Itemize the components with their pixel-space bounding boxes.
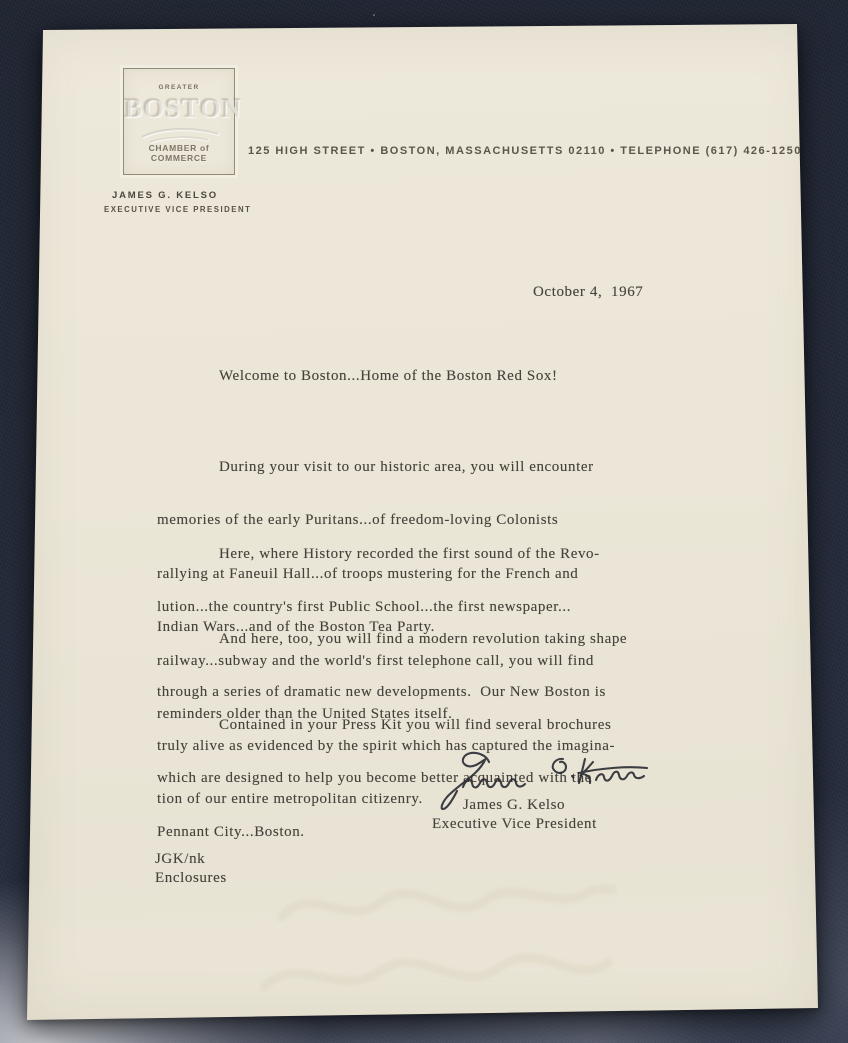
typed-line: And here, too, you will find a modern re… bbox=[157, 630, 757, 649]
letter-date: October 4, 1967 bbox=[533, 284, 643, 301]
typed-line: During your visit to our historic area, … bbox=[157, 458, 757, 477]
signed-title: Executive Vice President bbox=[432, 816, 597, 833]
logo-boston-embossed-text: BOSTON bbox=[124, 93, 234, 124]
letterhead-officer-title: EXECUTIVE VICE PRESIDENT bbox=[104, 205, 251, 214]
photo-of-letter: { "colors": { "fabric_navy": "#232938", … bbox=[0, 0, 848, 1043]
dust-speck bbox=[373, 14, 375, 16]
reference-initials: JGK/nk bbox=[155, 851, 205, 868]
typed-line: Contained in your Press Kit you will fin… bbox=[157, 716, 757, 735]
letterhead-address: 125 HIGH STREET • BOSTON, MASSACHUSETTS … bbox=[248, 145, 802, 157]
typed-line: Here, where History recorded the first s… bbox=[157, 545, 757, 564]
letter-paper: GREATER BOSTON CHAMBER of COMMERCE 125 H… bbox=[27, 24, 818, 1020]
letterhead-officer-name: JAMES G. KELSO bbox=[112, 190, 218, 201]
logo-chamber-text: CHAMBER of COMMERCE bbox=[124, 143, 234, 163]
ghost-writing bbox=[252, 869, 622, 1019]
salutation-line: Welcome to Boston...Home of the Boston R… bbox=[219, 368, 558, 385]
signed-name: James G. Kelso bbox=[463, 797, 565, 814]
enclosures-note: Enclosures bbox=[155, 870, 227, 887]
chamber-logo: GREATER BOSTON CHAMBER of COMMERCE bbox=[123, 68, 235, 175]
logo-greater-text: GREATER bbox=[124, 84, 234, 91]
